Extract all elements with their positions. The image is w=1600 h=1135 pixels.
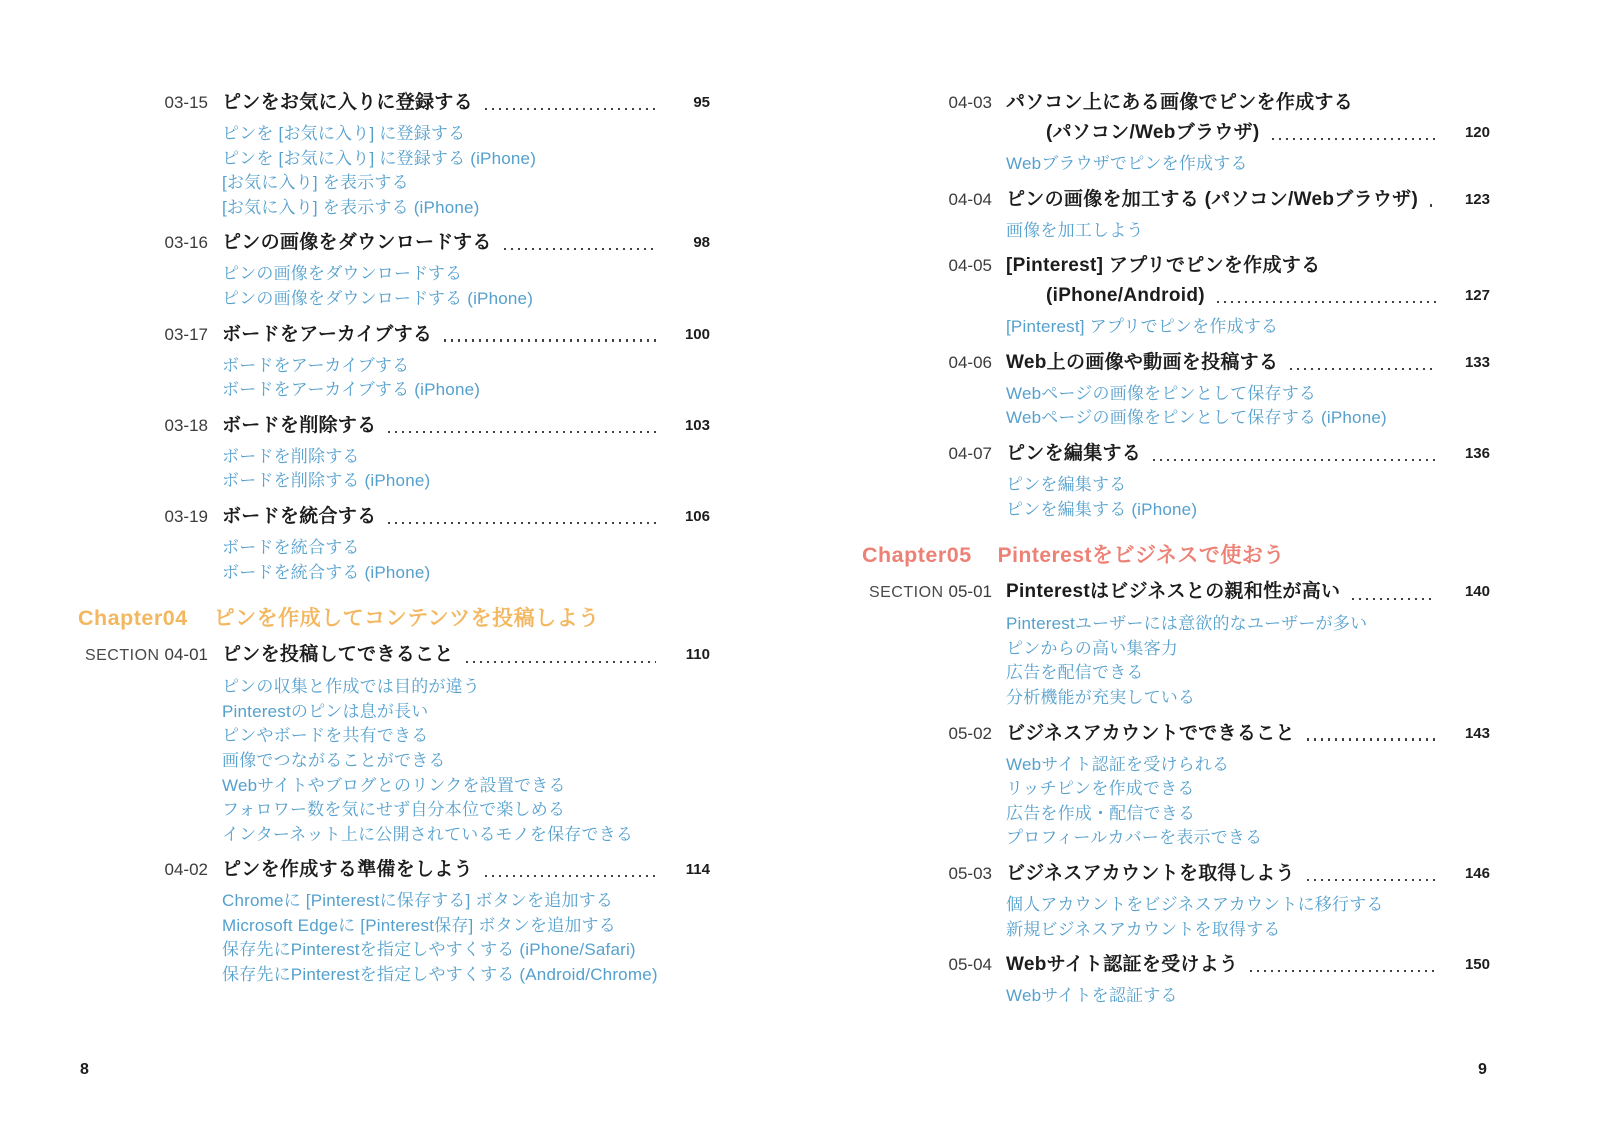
section-label: SECTION: [85, 647, 165, 664]
section-title: ピンを編集する: [1006, 439, 1141, 469]
sub-item-list: ピンを編集するピンを編集する (iPhone): [1006, 473, 1490, 522]
toc-sub-item: ピンを [お気に入り] に登録する (iPhone): [222, 147, 710, 172]
dot-leader: [1205, 281, 1446, 311]
section-number-text: 04-01: [165, 645, 208, 664]
toc-entry-line: 03-15ピンをお気に入りに登録する95: [78, 88, 710, 118]
toc-sub-item: [Pinterest] アプリでピンを作成する: [1006, 315, 1490, 340]
toc-entry-line: 04-06Web上の画像や動画を投稿する133: [862, 348, 1490, 378]
toc-sub-item: 広告を配信できる: [1006, 661, 1490, 686]
page-ref: 146: [1446, 859, 1490, 889]
sub-item-list: Webブラウザでピンを作成する: [1006, 152, 1490, 177]
page-ref: 133: [1446, 348, 1490, 378]
dot-leader: [1278, 348, 1446, 378]
dot-leader: [1295, 859, 1446, 889]
toc-entry: 03-16ピンの画像をダウンロードする98ピンの画像をダウンロードするピンの画像…: [78, 228, 710, 311]
section-title: パソコン上にある画像でピンを作成する: [1006, 88, 1353, 118]
section-title: ピンをお気に入りに登録する: [222, 88, 473, 118]
chapter-label: Chapter04: [78, 603, 188, 633]
page-ref: 106: [666, 502, 710, 532]
toc-entry: 05-02ビジネスアカウントでできること143Webサイト認証を受けられるリッチ…: [862, 719, 1490, 851]
dot-leader: [454, 640, 666, 671]
toc-sub-item: ピンからの高い集客力: [1006, 637, 1490, 662]
toc-sub-item: 広告を作成・配信できる: [1006, 802, 1490, 827]
page-ref: 110: [666, 640, 710, 671]
sub-item-list: ピンの収集と作成では目的が違うPinterestのピンは息が長いピンやボードを共…: [222, 675, 710, 847]
section-number: 04-05: [862, 251, 992, 281]
toc-entry-line: SECTION 04-01ピンを投稿してできること110: [78, 640, 710, 671]
toc-entry-line: 04-02ピンを作成する準備をしよう114: [78, 855, 710, 885]
toc-entry: 04-05[Pinterest] アプリでピンを作成する(iPhone/Andr…: [862, 251, 1490, 340]
page-ref: 98: [666, 228, 710, 258]
page-ref: 140: [1446, 577, 1490, 608]
sub-item-list: Webサイトを認証する: [1006, 984, 1490, 1009]
page-folio-left: 8: [80, 1060, 89, 1080]
section-title: ボードをアーカイブする: [222, 320, 432, 350]
section-number-text: 03-15: [165, 93, 208, 112]
sub-item-list: Chromeに [Pinterestに保存する] ボタンを追加するMicroso…: [222, 889, 710, 987]
toc-sub-item: 画像を加工しよう: [1006, 219, 1490, 244]
toc-sub-item: Webサイトやブログとのリンクを設置できる: [222, 774, 710, 799]
dot-leader: [1340, 577, 1446, 608]
toc-entry: 05-03ビジネスアカウントを取得しよう146個人アカウントをビジネスアカウント…: [862, 859, 1490, 942]
dot-leader: [492, 228, 666, 258]
section-number: SECTION 05-01: [862, 577, 992, 608]
page-ref: 95: [666, 88, 710, 118]
section-title: ボードを統合する: [222, 502, 376, 532]
sub-item-list: ピンを [お気に入り] に登録するピンを [お気に入り] に登録する (iPho…: [222, 122, 710, 220]
section-number: 03-16: [78, 228, 208, 258]
toc-spread: 03-15ピンをお気に入りに登録する95ピンを [お気に入り] に登録するピンを…: [0, 0, 1600, 1135]
section-number: 04-07: [862, 439, 992, 469]
toc-sub-item: 分析機能が充実している: [1006, 686, 1490, 711]
toc-sub-item: プロフィールカバーを表示できる: [1006, 826, 1490, 851]
toc-entry: 04-04ピンの画像を加工する (パソコン/Webブラウザ)123画像を加工しよ…: [862, 185, 1490, 244]
section-number-text: 04-03: [949, 93, 992, 112]
page-folio-right: 9: [1478, 1060, 1487, 1080]
toc-entry-line: 04-07ピンを編集する136: [862, 439, 1490, 469]
toc-sub-item: ボードを統合する (iPhone): [222, 561, 710, 586]
dot-leader: [1141, 439, 1446, 469]
chapter-label: Chapter05: [862, 540, 972, 570]
section-title: ボードを削除する: [222, 411, 376, 441]
toc-column-left: 03-15ピンをお気に入りに登録する95ピンを [お気に入り] に登録するピンを…: [78, 88, 710, 996]
page-ref: 100: [666, 320, 710, 350]
section-number-text: 04-05: [949, 256, 992, 275]
dot-leader: [432, 320, 666, 350]
toc-sub-item: インターネット上に公開されているモノを保存できる: [222, 823, 710, 848]
toc-entry: 04-07ピンを編集する136ピンを編集するピンを編集する (iPhone): [862, 439, 1490, 522]
section-number: 03-15: [78, 88, 208, 118]
toc-sub-item: ボードを削除する (iPhone): [222, 469, 710, 494]
toc-sub-item: 保存先にPinterestを指定しやすくする (iPhone/Safari): [222, 938, 710, 963]
toc-sub-item: ピンを編集する: [1006, 473, 1490, 498]
toc-sub-item: ピンを編集する (iPhone): [1006, 498, 1490, 523]
section-number-text: 05-01: [949, 582, 992, 601]
section-title: Web上の画像や動画を投稿する: [1006, 348, 1278, 378]
toc-sub-item: 画像でつながることができる: [222, 749, 710, 774]
sub-item-list: Pinterestユーザーには意欲的なユーザーが多いピンからの高い集客力広告を配…: [1006, 612, 1490, 710]
toc-sub-item: 個人アカウントをビジネスアカウントに移行する: [1006, 893, 1490, 918]
toc-entry-line: 04-03パソコン上にある画像でピンを作成する: [862, 88, 1490, 118]
toc-entry: 04-06Web上の画像や動画を投稿する133Webページの画像をピンとして保存…: [862, 348, 1490, 431]
dot-leader: [1295, 719, 1446, 749]
sub-item-list: Webサイト認証を受けられるリッチピンを作成できる広告を作成・配信できるプロフィ…: [1006, 753, 1490, 851]
section-number-text: 05-04: [949, 955, 992, 974]
toc-entry-line: 03-16ピンの画像をダウンロードする98: [78, 228, 710, 258]
section-number: 05-04: [862, 950, 992, 980]
toc-sub-item: ピンの画像をダウンロードする (iPhone): [222, 287, 710, 312]
section-number: 04-02: [78, 855, 208, 885]
section-label: SECTION: [869, 584, 949, 601]
sub-item-list: 個人アカウントをビジネスアカウントに移行する新規ビジネスアカウントを取得する: [1006, 893, 1490, 942]
page-ref: 123: [1446, 185, 1490, 215]
toc-entry-line: (iPhone/Android)127: [862, 281, 1490, 311]
toc-entry: 03-15ピンをお気に入りに登録する95ピンを [お気に入り] に登録するピンを…: [78, 88, 710, 220]
toc-sub-item: [お気に入り] を表示する: [222, 171, 710, 196]
toc-entry-line: 05-02ビジネスアカウントでできること143: [862, 719, 1490, 749]
section-number: SECTION 04-01: [78, 640, 208, 671]
toc-entry-line: 03-19ボードを統合する106: [78, 502, 710, 532]
toc-sub-item: リッチピンを作成できる: [1006, 777, 1490, 802]
section-number: 05-02: [862, 719, 992, 749]
section-number: 04-06: [862, 348, 992, 378]
toc-entry-line: 04-04ピンの画像を加工する (パソコン/Webブラウザ)123: [862, 185, 1490, 215]
section-number: 03-18: [78, 411, 208, 441]
dot-leader: [473, 855, 666, 885]
chapter-heading: Chapter05Pinterestをビジネスで使おう: [862, 540, 1490, 571]
sub-item-list: ボードを削除するボードを削除する (iPhone): [222, 445, 710, 494]
toc-entry-line: 03-17ボードをアーカイブする100: [78, 320, 710, 350]
toc-sub-item: ボードをアーカイブする: [222, 354, 710, 379]
toc-sub-item: Webページの画像をピンとして保存する (iPhone): [1006, 406, 1490, 431]
dot-leader: [376, 502, 666, 532]
toc-sub-item: ピンを [お気に入り] に登録する: [222, 122, 710, 147]
section-number: 03-17: [78, 320, 208, 350]
toc-entry: 03-17ボードをアーカイブする100ボードをアーカイブするボードをアーカイブす…: [78, 320, 710, 403]
section-title: ピンを作成する準備をしよう: [222, 855, 473, 885]
toc-entry: 05-04Webサイト認証を受けよう150Webサイトを認証する: [862, 950, 1490, 1009]
toc-sub-item: Webページの画像をピンとして保存する: [1006, 382, 1490, 407]
toc-sub-item: ピンやボードを共有できる: [222, 724, 710, 749]
toc-sub-item: Pinterestのピンは息が長い: [222, 700, 710, 725]
sub-item-list: ピンの画像をダウンロードするピンの画像をダウンロードする (iPhone): [222, 262, 710, 311]
toc-sub-item: ピンの収集と作成では目的が違う: [222, 675, 710, 700]
toc-entry: 04-03パソコン上にある画像でピンを作成する(パソコン/Webブラウザ)120…: [862, 88, 1490, 177]
toc-column-right: 04-03パソコン上にある画像でピンを作成する(パソコン/Webブラウザ)120…: [862, 88, 1490, 1017]
section-number-text: 04-02: [165, 860, 208, 879]
toc-sub-item: ボードを削除する: [222, 445, 710, 470]
section-title: ピンの画像をダウンロードする: [222, 228, 492, 258]
chapter-title: ピンを作成してコンテンツを投稿しよう: [214, 604, 600, 634]
section-number-text: 03-19: [165, 507, 208, 526]
toc-entry-line: 05-04Webサイト認証を受けよう150: [862, 950, 1490, 980]
toc-entry-line: 05-03ビジネスアカウントを取得しよう146: [862, 859, 1490, 889]
section-number-text: 03-18: [165, 416, 208, 435]
sub-item-list: Webページの画像をピンとして保存するWebページの画像をピンとして保存する (…: [1006, 382, 1490, 431]
section-number-text: 04-07: [949, 444, 992, 463]
toc-sub-item: Microsoft Edgeに [Pinterest保存] ボタンを追加する: [222, 914, 710, 939]
dot-leader: [1418, 185, 1446, 215]
toc-entry: 04-02ピンを作成する準備をしよう114Chromeに [Pinterestに…: [78, 855, 710, 987]
sub-item-list: ボードを統合するボードを統合する (iPhone): [222, 536, 710, 585]
page-ref: 120: [1446, 118, 1490, 148]
section-title: Pinterestはビジネスとの親和性が高い: [1006, 577, 1340, 608]
section-number: [862, 281, 992, 311]
page-ref: 150: [1446, 950, 1490, 980]
page-ref: 143: [1446, 719, 1490, 749]
toc-sub-item: フォロワー数を気にせず自分本位で楽しめる: [222, 798, 710, 823]
section-title: [Pinterest] アプリでピンを作成する: [1006, 251, 1320, 281]
toc-entry: 03-19ボードを統合する106ボードを統合するボードを統合する (iPhone…: [78, 502, 710, 585]
section-number: [862, 118, 992, 148]
page-ref: 127: [1446, 281, 1490, 311]
toc-sub-item: 保存先にPinterestを指定しやすくする (Android/Chrome): [222, 963, 710, 988]
toc-entry: SECTION 04-01ピンを投稿してできること110ピンの収集と作成では目的…: [78, 640, 710, 847]
section-number-text: 05-02: [949, 724, 992, 743]
section-number-text: 04-06: [949, 353, 992, 372]
toc-sub-item: Pinterestユーザーには意欲的なユーザーが多い: [1006, 612, 1490, 637]
section-title: ビジネスアカウントを取得しよう: [1006, 859, 1295, 889]
page-ref: 114: [666, 855, 710, 885]
toc-sub-item: Webブラウザでピンを作成する: [1006, 152, 1490, 177]
toc-sub-item: ボードを統合する: [222, 536, 710, 561]
section-title: Webサイト認証を受けよう: [1006, 950, 1238, 980]
toc-sub-item: Webサイト認証を受けられる: [1006, 753, 1490, 778]
toc-sub-item: [お気に入り] を表示する (iPhone): [222, 196, 710, 221]
toc-entry-line: (パソコン/Webブラウザ)120: [862, 118, 1490, 148]
section-number-text: 05-03: [949, 864, 992, 883]
toc-sub-item: Chromeに [Pinterestに保存する] ボタンを追加する: [222, 889, 710, 914]
toc-entry: 03-18ボードを削除する103ボードを削除するボードを削除する (iPhone…: [78, 411, 710, 494]
page-ref: 103: [666, 411, 710, 441]
section-title: ピンを投稿してできること: [222, 640, 454, 671]
chapter-title: Pinterestをビジネスで使おう: [998, 541, 1285, 571]
toc-sub-item: ボードをアーカイブする (iPhone): [222, 378, 710, 403]
section-title: ピンの画像を加工する (パソコン/Webブラウザ): [1006, 185, 1418, 215]
section-number: 04-03: [862, 88, 992, 118]
toc-sub-item: ピンの画像をダウンロードする: [222, 262, 710, 287]
toc-sub-item: Webサイトを認証する: [1006, 984, 1490, 1009]
toc-entry-line: SECTION 05-01Pinterestはビジネスとの親和性が高い140: [862, 577, 1490, 608]
section-number: 03-19: [78, 502, 208, 532]
section-number-text: 03-17: [165, 325, 208, 344]
sub-item-list: ボードをアーカイブするボードをアーカイブする (iPhone): [222, 354, 710, 403]
sub-item-list: [Pinterest] アプリでピンを作成する: [1006, 315, 1490, 340]
dot-leader: [376, 411, 666, 441]
section-title: (iPhone/Android): [1006, 281, 1205, 311]
toc-sub-item: 新規ビジネスアカウントを取得する: [1006, 918, 1490, 943]
section-number-text: 03-16: [165, 233, 208, 252]
section-title: ビジネスアカウントでできること: [1006, 719, 1295, 749]
section-number: 04-04: [862, 185, 992, 215]
dot-leader: [1260, 118, 1446, 148]
sub-item-list: 画像を加工しよう: [1006, 219, 1490, 244]
section-title: (パソコン/Webブラウザ): [1006, 118, 1260, 148]
dot-leader: [473, 88, 666, 118]
toc-entry-line: 03-18ボードを削除する103: [78, 411, 710, 441]
toc-entry-line: 04-05[Pinterest] アプリでピンを作成する: [862, 251, 1490, 281]
page-ref: 136: [1446, 439, 1490, 469]
dot-leader: [1238, 950, 1446, 980]
toc-entry: SECTION 05-01Pinterestはビジネスとの親和性が高い140Pi…: [862, 577, 1490, 710]
chapter-heading: Chapter04ピンを作成してコンテンツを投稿しよう: [78, 603, 710, 634]
section-number-text: 04-04: [949, 190, 992, 209]
section-number: 05-03: [862, 859, 992, 889]
